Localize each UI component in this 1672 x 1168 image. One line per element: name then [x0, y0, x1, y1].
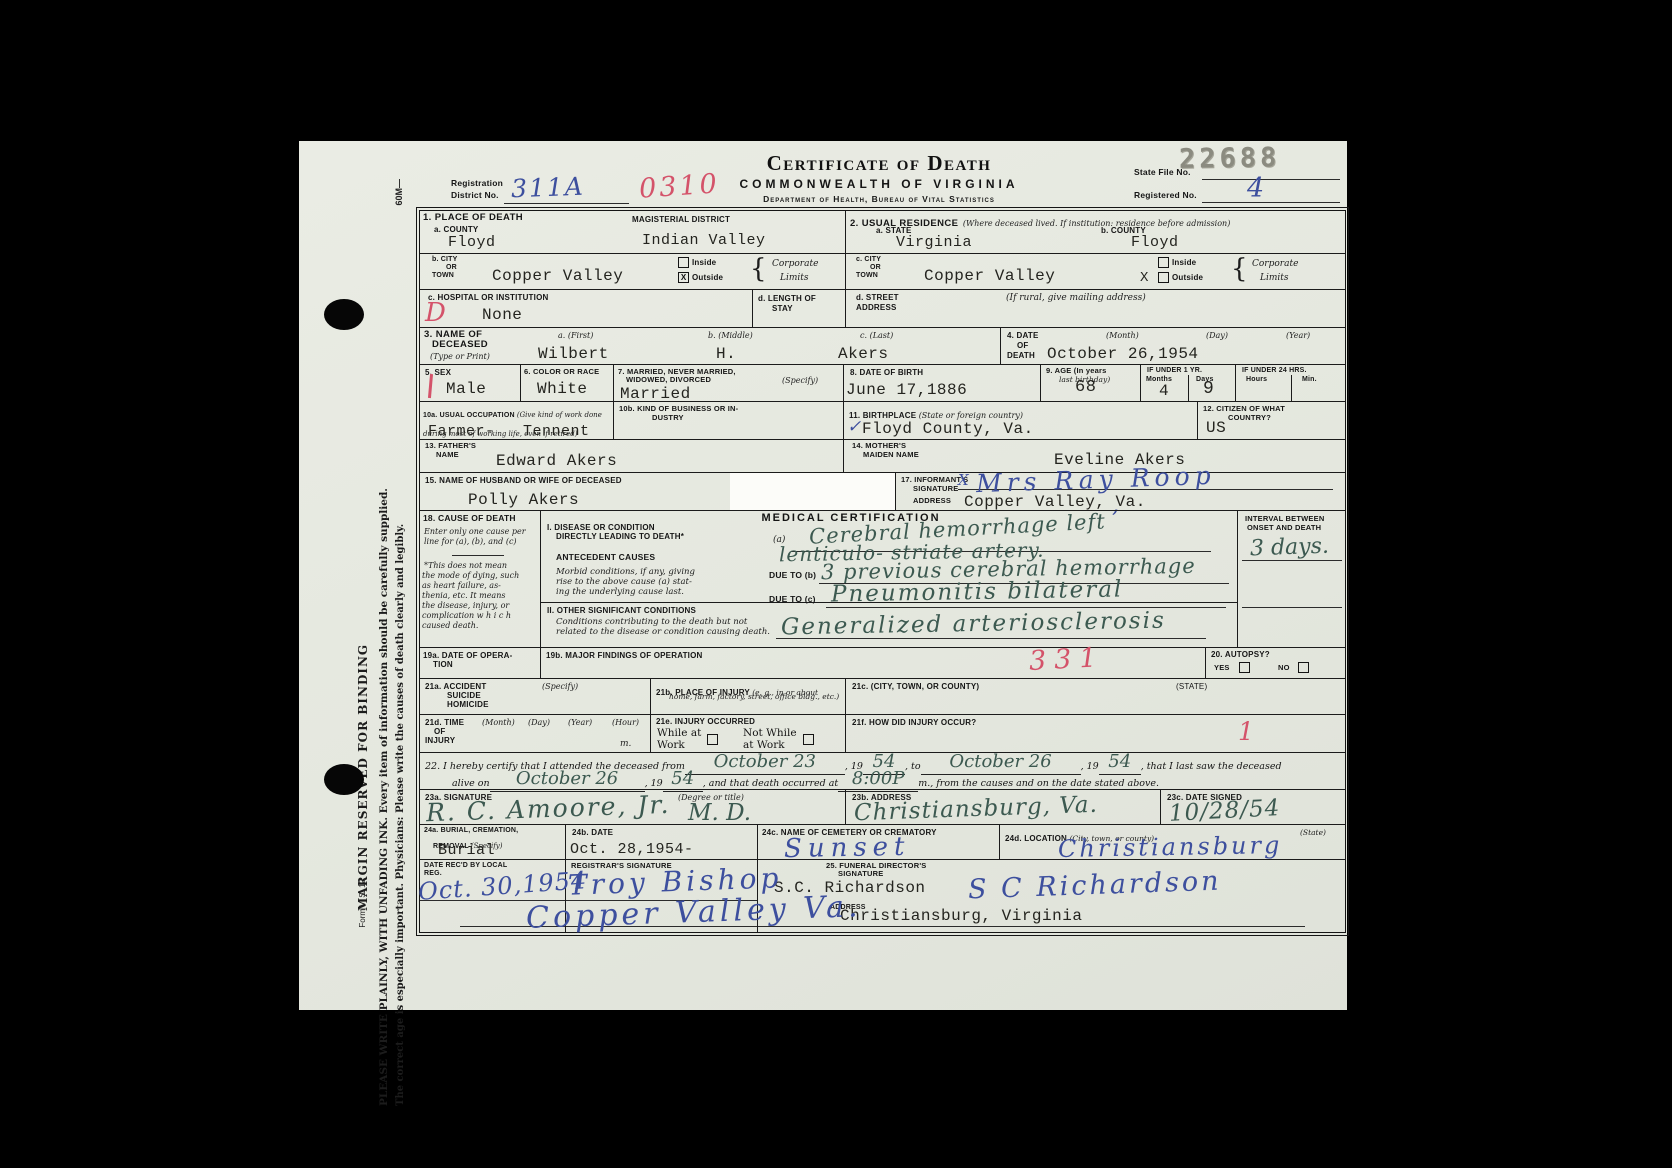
mother-label-2: MAIDEN NAME	[863, 451, 919, 460]
res-city-label-2: OR	[870, 264, 881, 272]
outside-label: Outside	[692, 273, 723, 282]
burial-type-value: Burial	[438, 843, 495, 858]
state-value: Virginia	[896, 235, 972, 250]
injury-state-label: (STATE)	[1176, 682, 1207, 691]
not-while-label-wrap: Not Whileat Work	[743, 728, 797, 751]
physician-address-cell: 23b. ADDRESS Christiansburg, Va.	[845, 790, 1160, 824]
first-name-value: Wilbert	[538, 346, 609, 362]
operation-date-label-1: 19a. DATE OF OPERA-	[423, 651, 512, 660]
certify-cell: 22. I hereby certify that I attended the…	[420, 753, 1345, 789]
red-pen-d-mark: D	[425, 300, 446, 326]
name-of-deceased-cell: 3. NAME OF DECEASED (Type or Print) a. (…	[420, 328, 1000, 364]
injury-time-label-2: OF	[434, 727, 446, 736]
work-label: Work	[657, 739, 685, 751]
father-label-2: NAME	[436, 451, 459, 460]
operation-date-cell: 19a. DATE OF OPERA- TION	[420, 648, 540, 678]
city-label-1: b. CITY	[432, 256, 458, 264]
funeral-director-label-2: SIGNATURE	[838, 870, 883, 879]
cause-note-divider	[452, 555, 504, 556]
race-value: White	[537, 381, 588, 397]
dod-label-2: OF	[1017, 341, 1029, 350]
res-inside-checkbox	[1158, 257, 1169, 268]
father-cell: 13. FATHER'S NAME Edward Akers	[420, 440, 843, 472]
cause-of-death-label: 18. CAUSE OF DEATH	[423, 514, 516, 524]
injury-place-paren-2: home, farm, factory, street, office bldg…	[669, 692, 839, 701]
funeral-director-script-signature: S C Richardson	[968, 868, 1222, 904]
birthplace-paren: (State or foreign country)	[919, 411, 1023, 420]
cause-note-2f: complication w h i c h	[422, 611, 511, 621]
dod-label-1: 4. DATE	[1007, 331, 1038, 340]
dod-day-label: (Day)	[1206, 331, 1228, 341]
punch-hole-top	[324, 299, 364, 330]
injury-time-label-1: 21d. TIME	[425, 718, 464, 727]
cause-note-2d: thenia, etc. It means	[422, 591, 505, 601]
spouse-cell: 15. NAME OF HUSBAND OR WIFE OF DECEASED …	[420, 473, 895, 510]
dod-value: October 26,1954	[1047, 346, 1199, 362]
length-of-stay-divider	[752, 290, 753, 327]
burial-type-cell: 24a. BURIAL, CREMATION, REMOVAL (Specify…	[420, 825, 565, 859]
days-value: 9	[1203, 380, 1214, 398]
date-received-value: Oct. 30,1954	[417, 868, 588, 904]
age-cell: 9. AGE (In years last birthday) 68	[1040, 365, 1140, 401]
date-signed-cell: 23c. DATE SIGNED 10/28/54	[1160, 790, 1345, 824]
certificate-form: 1. PLACE OF DEATH a. COUNTY Floyd MAGIST…	[419, 210, 1346, 933]
row-accident: 21a. ACCIDENT SUICIDE HOMICIDE (Specify)…	[420, 678, 1345, 714]
cause-c-blank	[826, 607, 1226, 608]
registration-label-line2: District No.	[451, 191, 499, 201]
funeral-address-value: Christiansburg, Virginia	[840, 908, 1082, 924]
cemetery-value: Sunset	[784, 834, 911, 862]
autopsy-no-label: NO	[1278, 664, 1290, 673]
street-paren: (If rural, give mailing address)	[1006, 293, 1146, 304]
blue-check-mark: ✓	[847, 419, 861, 436]
registration-district-value: 311A	[511, 174, 586, 202]
autopsy-yes-label: YES	[1214, 664, 1230, 673]
interval-cell: INTERVAL BETWEEN ONSET AND DEATH 3 days.	[1237, 511, 1345, 647]
registration-label-line1: Registration	[451, 179, 503, 189]
department-line: Department of Health, Bureau of Vital St…	[629, 195, 1129, 204]
age-value: 68	[1075, 379, 1096, 396]
middle-name-value: H.	[716, 346, 736, 362]
registered-no-value: 4	[1247, 175, 1264, 202]
row-occupation-birthplace: 10a. USUAL OCCUPATION (Give kind of work…	[420, 401, 1345, 439]
operation-date-label-2: TION	[433, 660, 453, 669]
row-registrar-funeral: DATE REC'D BY LOCAL REG. Oct. 30,1954 RE…	[420, 859, 1345, 932]
injury-hour-label: (Hour)	[612, 718, 639, 728]
at-work-label: at Work	[743, 739, 785, 751]
date-of-death-cell: 4. DATE (Month) (Day) (Year) OF DEATH Oc…	[1000, 328, 1345, 364]
certify-p7: , 19	[645, 778, 663, 789]
cause-note-2c: as heart failure, as-	[422, 581, 501, 591]
interval-label-2: ONSET AND DEATH	[1247, 524, 1321, 533]
marital-cell: 7. MARRIED, NEVER MARRIED, WIDOWED, DIVO…	[613, 365, 843, 401]
informant-address-label: ADDRESS	[913, 497, 951, 506]
usual-residence-cell: 2. USUAL RESIDENCE (Where deceased lived…	[845, 211, 1345, 253]
margin-instruction-line1: PLEASE WRITE PLAINLY, WITH UNFADING INK.…	[379, 336, 390, 1106]
county-value: Floyd	[448, 235, 496, 250]
industry-cell: 10b. KIND OF BUSINESS OR IN- DUSTRY	[613, 402, 843, 439]
cause-c-value: Pneumonitis bilateral	[831, 578, 1124, 606]
birthplace-value: Floyd County, Va.	[862, 421, 1034, 437]
certify-p9: m., from the causes and on the date stat…	[918, 778, 1159, 789]
residence-city-cell: c. CITY OR TOWN Copper Valley Inside X O…	[845, 254, 1345, 289]
spouse-value: Polly Akers	[468, 492, 579, 508]
disease-label-2: DIRECTLY LEADING TO DEATH*	[556, 532, 684, 541]
cause-note-1: Enter only one cause per line for (a), (…	[424, 527, 536, 546]
significant-conditions-value: Generalized arteriosclerosis	[781, 610, 1166, 640]
medical-certification-cell: MEDICAL CERTIFICATION I. DISEASE OR COND…	[540, 511, 1237, 647]
marital-label-2: WIDOWED, DIVORCED	[626, 376, 711, 385]
spouse-label: 15. NAME OF HUSBAND OR WIFE OF DECEASED	[425, 476, 622, 485]
state-file-label: State File No.	[1134, 168, 1191, 178]
accident-label-3: HOMICIDE	[447, 700, 489, 709]
certificate-title: Certificate of Death	[629, 153, 1129, 174]
injury-day-label: (Day)	[528, 718, 550, 728]
injury-month-label: (Month)	[482, 718, 515, 728]
res-limits-label: Limits	[1260, 273, 1289, 284]
birthplace-cell: 11. BIRTHPLACE (State or foreign country…	[843, 402, 1197, 439]
race-label: 6. COLOR OR RACE	[524, 368, 599, 377]
row-physician: 23a. SIGNATURE R. C. Amoore, Jr. (Degree…	[420, 789, 1345, 824]
inside-label: Inside	[692, 258, 716, 267]
place-of-injury-cell: 21b. PLACE OF INJURY (e. g., in or about…	[650, 679, 845, 714]
certify-to-year: 54	[1108, 751, 1131, 772]
row-medical-certification: 18. CAUSE OF DEATH Enter only one cause …	[420, 510, 1345, 647]
months-value: 4	[1159, 383, 1169, 399]
morbid-line-3: ing the underlying cause last.	[556, 587, 684, 597]
injury-city-label: 21c. (CITY, TOWN, OR COUNTY)	[852, 682, 979, 691]
date-received-label-1: DATE REC'D BY LOCAL	[424, 862, 507, 870]
row-city-town: b. CITY OR TOWN Copper Valley Inside X O…	[420, 253, 1345, 289]
marital-specify: (Specify)	[782, 376, 818, 386]
sex-cell: 5. SEX Male	[420, 365, 520, 401]
state-file-stamp: 22688	[1179, 142, 1281, 175]
dob-cell: 8. DATE OF BIRTH June 17,1886	[843, 365, 1040, 401]
significant-note-1: Conditions contributing to the death but…	[556, 617, 747, 627]
burial-location-cell: 24d. LOCATION (City, town, or county) (S…	[999, 825, 1345, 859]
name-label-3: (Type or Print)	[430, 352, 490, 362]
res-corporate-label: Corporate	[1252, 259, 1298, 270]
under-24hr-label: IF UNDER 24 HRS.	[1242, 367, 1307, 375]
injury-city-cell: 21c. (CITY, TOWN, OR COUNTY) (STATE)	[845, 679, 1345, 714]
min-label: Min.	[1302, 376, 1317, 384]
cause-b-prefix: DUE TO (b)	[769, 571, 816, 581]
certify-p8: , and that death occurred at	[703, 778, 838, 789]
physician-signature-value: R. C. Amoore, Jr.	[426, 792, 671, 826]
row-operation-autopsy: 19a. DATE OF OPERA- TION 19b. MAJOR FIND…	[420, 647, 1345, 678]
occupation-cell: 10a. USUAL OCCUPATION (Give kind of work…	[420, 402, 613, 439]
cause-c-prefix: DUE TO (c)	[769, 595, 816, 605]
row-hospital-street: c. HOSPITAL OR INSTITUTION D None d. LEN…	[420, 289, 1345, 327]
burial-location-value: Christiansburg	[1058, 833, 1283, 861]
res-outside-label: Outside	[1172, 273, 1203, 282]
dob-value: June 17,1886	[846, 382, 967, 398]
injury-time-cell: 21d. TIME OF INJURY (Month) (Day) (Year)…	[420, 715, 650, 752]
res-outside-checkbox	[1158, 272, 1169, 283]
injury-m-label: m.	[620, 739, 631, 750]
redaction-box	[730, 473, 895, 510]
row-name-date: 3. NAME OF DECEASED (Type or Print) a. (…	[420, 327, 1345, 364]
row-sex-age: 5. SEX Male 6. COLOR OR RACE White 7. MA…	[420, 364, 1345, 401]
certify-from-date: October 23	[714, 751, 816, 772]
while-at-label: While at	[657, 727, 701, 739]
middle-name-label: b. (Middle)	[708, 331, 753, 341]
marital-value: Married	[620, 386, 691, 402]
significant-note-2: related to the disease or condition caus…	[556, 627, 770, 637]
occupation-label: 10a. USUAL OCCUPATION	[423, 412, 517, 419]
hours-label: Hours	[1246, 376, 1267, 384]
residence-county-value: Floyd	[1131, 235, 1179, 250]
certify-time-value: 8:00P	[852, 768, 905, 789]
res-outside-x-mark: X	[1140, 271, 1149, 285]
physician-signature-cell: 23a. SIGNATURE R. C. Amoore, Jr. (Degree…	[420, 790, 845, 824]
while-at-work-checkbox	[707, 734, 718, 745]
registered-no-label: Registered No.	[1134, 191, 1197, 201]
county-label: a. COUNTY	[434, 225, 478, 234]
sex-value: Male	[446, 381, 486, 397]
cemetery-cell: 24c. NAME OF CEMETERY OR CREMATORY Sunse…	[757, 825, 999, 859]
registrar-signature-cell: REGISTRAR'S SIGNATURE Troy Bishop Copper…	[565, 860, 757, 932]
injury-occurred-cell: 21e. INJURY OCCURRED While atWork Not Wh…	[650, 715, 845, 752]
under-1yr-cell: IF UNDER 1 YR. Months Days 4 9	[1140, 365, 1235, 401]
city-label-3: TOWN	[432, 272, 454, 280]
residence-city-value: Copper Valley	[924, 268, 1055, 284]
while-at-work-label: While atWork	[657, 728, 701, 751]
corporate-label: Corporate	[772, 259, 818, 270]
registration-blank-line	[504, 203, 629, 204]
print-run-note: 60M—	[395, 179, 404, 206]
interval-value: 3 days.	[1250, 536, 1330, 561]
last-name-label: c. (Last)	[860, 331, 893, 341]
how-injury-cell: 21f. HOW DID INJURY OCCUR? 1	[845, 715, 1345, 752]
operation-findings-cell: 19b. MAJOR FINDINGS OF OPERATION 331	[540, 648, 1205, 678]
accident-specify: (Specify)	[542, 682, 578, 692]
limits-label: Limits	[780, 273, 809, 284]
length-of-stay-label-1: d. LENGTH OF	[758, 294, 816, 303]
hospital-value: None	[482, 307, 522, 323]
cause-note-2a: *This does not mean	[424, 561, 507, 571]
place-of-death-cell: 1. PLACE OF DEATH a. COUNTY Floyd MAGIST…	[420, 211, 845, 253]
degree-value: M. D.	[688, 802, 751, 825]
res-inside-label: Inside	[1172, 258, 1196, 267]
hospital-cell: c. HOSPITAL OR INSTITUTION D None d. LEN…	[420, 290, 845, 327]
street-label-1: d. STREET	[856, 293, 899, 302]
state-file-blank	[1202, 179, 1340, 180]
citizen-cell: 12. CITIZEN OF WHAT COUNTRY? US	[1197, 402, 1345, 439]
burial-date-cell: 24b. DATE Oct. 28,1954-	[565, 825, 757, 859]
how-injury-label: 21f. HOW DID INJURY OCCUR?	[852, 718, 976, 727]
interval-blank-1	[1242, 560, 1342, 561]
autopsy-cell: 20. AUTOPSY? YES NO	[1205, 648, 1345, 678]
burial-label-1: 24a. BURIAL, CREMATION,	[424, 827, 518, 835]
morbid-line-2: rise to the above cause (a) stat-	[556, 577, 692, 587]
first-name-label: a. (First)	[558, 331, 593, 341]
magisterial-district-label: MAGISTERIAL DISTRICT	[632, 215, 730, 224]
burial-date-label: 24b. DATE	[572, 828, 613, 837]
commonwealth-subtitle: COMMONWEALTH OF VIRGINIA	[629, 178, 1129, 190]
under-1yr-label: IF UNDER 1 YR.	[1147, 367, 1202, 375]
informant-label-2: SIGNATURE	[913, 485, 958, 494]
informant-cell: 17. INFORMANT'S SIGNATURE X Mrs Ray Roop…	[895, 473, 1345, 510]
death-city-value: Copper Valley	[492, 268, 623, 284]
burial-date-value: Oct. 28,1954-	[570, 842, 694, 857]
certify-p4: , 19	[1081, 761, 1099, 772]
industry-label-2: DUSTRY	[652, 414, 684, 423]
certify-alive-year: 54	[671, 768, 694, 789]
autopsy-yes-checkbox	[1239, 662, 1250, 673]
row-burial: 24a. BURIAL, CREMATION, REMOVAL (Specify…	[420, 824, 1345, 859]
dob-label: 8. DATE OF BIRTH	[850, 368, 923, 377]
row-injury-time: 21d. TIME OF INJURY (Month) (Day) (Year)…	[420, 714, 1345, 752]
citizen-value: US	[1206, 420, 1226, 436]
citizen-label-2: COUNTRY?	[1228, 414, 1271, 423]
race-cell: 6. COLOR OR RACE White	[520, 365, 613, 401]
dod-year-label: (Year)	[1286, 331, 1310, 341]
margin-binding-note: MARGIN RESERVED FOR BINDING	[357, 471, 369, 911]
row-certify-statement: 22. I hereby certify that I attended the…	[420, 752, 1345, 789]
dod-month-label: (Month)	[1106, 331, 1139, 341]
cause-note-2g: caused death.	[422, 621, 478, 631]
injury-occurred-label: 21e. INJURY OCCURRED	[656, 717, 755, 726]
cause-note-2b: the mode of dying, such	[422, 571, 519, 581]
operation-findings-label: 19b. MAJOR FINDINGS OF OPERATION	[546, 651, 703, 660]
certify-p5: , that I last saw the deceased	[1141, 761, 1282, 772]
dod-label-3: DEATH	[1007, 351, 1035, 360]
street-label-2: ADDRESS	[856, 303, 897, 312]
significant-conditions-label: II. OTHER SIGNIFICANT CONDITIONS	[547, 606, 696, 615]
city-label-2: OR	[446, 264, 457, 272]
under-1yr-divider	[1188, 375, 1189, 401]
certify-alive-date: October 26	[516, 768, 618, 789]
informant-x-mark: X	[958, 473, 969, 488]
outside-checkbox-checked: X	[678, 272, 689, 283]
magisterial-district-value: Indian Valley	[642, 233, 766, 248]
injury-time-label-3: INJURY	[425, 736, 455, 745]
cause-note-2e: the disease, injury, or	[422, 601, 509, 611]
res-city-label-1: c. CITY	[856, 256, 881, 264]
punch-hole-bottom	[324, 764, 364, 795]
antecedent-label: ANTECEDENT CAUSES	[556, 553, 655, 563]
cause-of-death-cell: 18. CAUSE OF DEATH Enter only one cause …	[420, 511, 540, 647]
autopsy-no-checkbox	[1298, 662, 1309, 673]
accident-cell: 21a. ACCIDENT SUICIDE HOMICIDE (Specify)	[420, 679, 650, 714]
death-certificate-page: 60M— MARGIN RESERVED FOR BINDING PLEASE …	[299, 141, 1347, 1010]
father-value: Edward Akers	[496, 453, 617, 469]
red-mark-1: 1	[1238, 719, 1254, 744]
res-city-label-3: TOWN	[856, 272, 878, 280]
scan-background: 60M— MARGIN RESERVED FOR BINDING PLEASE …	[0, 0, 1672, 1168]
physician-address-value: Christiansburg, Va.	[854, 794, 1099, 825]
accident-label-1: 21a. ACCIDENT	[425, 682, 486, 691]
form-number: Form V. S. 12	[359, 879, 367, 928]
occupation-value: Farmer- Tennent	[428, 424, 590, 439]
disease-label-1: I. DISEASE OR CONDITION	[547, 523, 655, 532]
length-of-stay-label-2: STAY	[772, 304, 793, 313]
name-label-2: DECEASED	[432, 340, 488, 351]
margin-instruction-line2: The correct age is especially important.…	[396, 366, 406, 1106]
significant-conditions-blank	[776, 638, 1206, 639]
autopsy-label: 20. AUTOPSY?	[1211, 650, 1270, 659]
red-code-331: 331	[1028, 644, 1105, 675]
registered-no-blank	[1202, 202, 1340, 203]
row-spouse-informant: 15. NAME OF HUSBAND OR WIFE OF DECEASED …	[420, 472, 1345, 510]
under-24hr-divider	[1291, 375, 1292, 401]
not-while-checkbox	[803, 734, 814, 745]
certify-to-date: October 26	[949, 751, 1051, 772]
burial-state-label: (State)	[1300, 828, 1326, 837]
informant-signature: Mrs Ray Roop	[976, 463, 1216, 496]
hospital-label: c. HOSPITAL OR INSTITUTION	[428, 293, 548, 302]
certify-p3: , to	[905, 761, 921, 772]
place-of-death-title: 1. PLACE OF DEATH	[423, 213, 523, 224]
accident-label-2: SUICIDE	[447, 691, 481, 700]
row-place-residence: 1. PLACE OF DEATH a. COUNTY Floyd MAGIST…	[420, 211, 1345, 253]
last-name-value: Akers	[838, 346, 889, 362]
date-signed-value: 10/28/54	[1168, 797, 1280, 826]
inside-checkbox	[678, 257, 689, 268]
not-while-label: Not While	[743, 727, 797, 739]
red-pen-stroke	[428, 374, 433, 398]
corporate-brace: {	[750, 256, 767, 282]
res-corporate-brace: {	[1231, 256, 1248, 282]
certify-p6: alive on	[452, 778, 490, 789]
death-city-cell: b. CITY OR TOWN Copper Valley Inside X O…	[420, 254, 845, 289]
interval-blank-2	[1242, 607, 1342, 608]
morbid-line-1: Morbid conditions, if any, giving	[556, 567, 695, 577]
under-24hr-cell: IF UNDER 24 HRS. Hours Min.	[1235, 365, 1345, 401]
usual-residence-paren: (Where deceased lived. If institution: r…	[963, 219, 1230, 228]
injury-year-label: (Year)	[568, 718, 592, 728]
street-address-cell: d. STREET ADDRESS (If rural, give mailin…	[845, 290, 1345, 327]
